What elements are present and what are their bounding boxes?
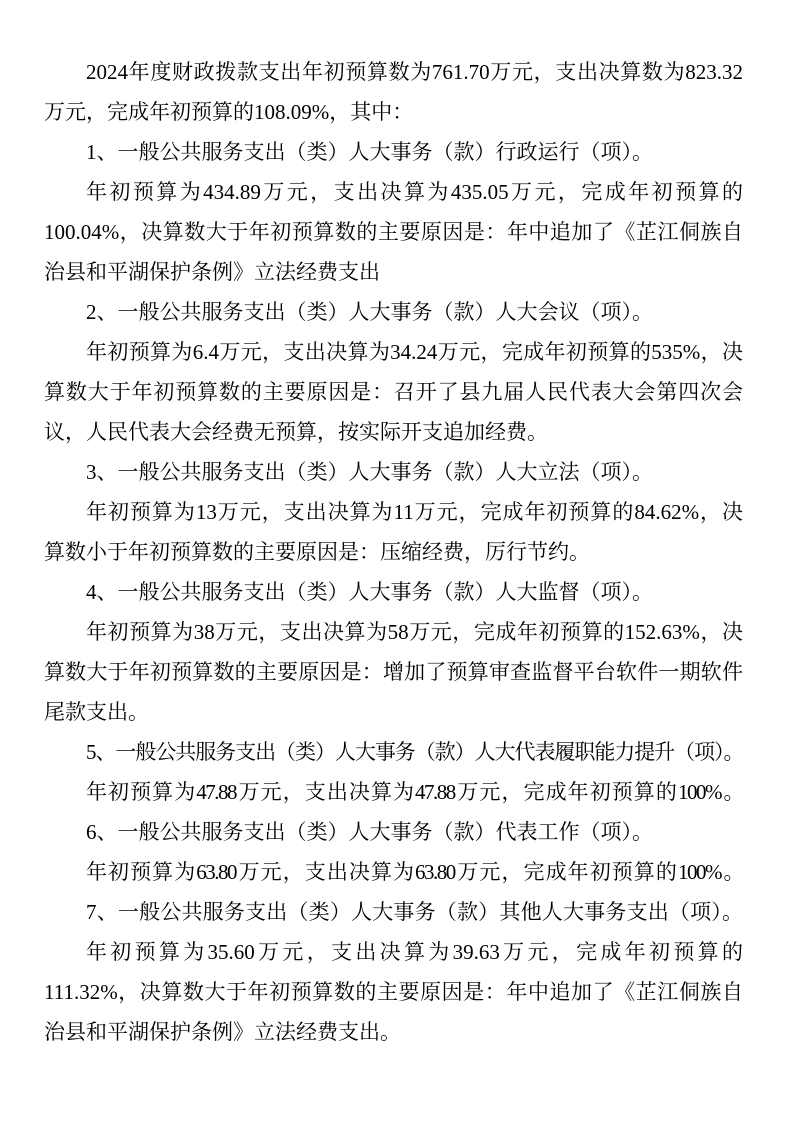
text-line: 111.32%，决算数大于年初预算数的主要原因是：年中追加了《芷江侗族自 bbox=[44, 972, 743, 1012]
text-line: 3、一般公共服务支出（类）人大事务（款）人大立法（项）。 bbox=[44, 452, 743, 492]
text-line: 尾款支出。 bbox=[44, 692, 743, 732]
text-line: 7、一般公共服务支出（类）人大事务（款）其他人大事务支出（项）。 bbox=[44, 892, 743, 932]
text-line: 议，人民代表大会经费无预算，按实际开支追加经费。 bbox=[44, 412, 743, 452]
text-line: 年初预算为434.89万元，支出决算为435.05万元，完成年初预算的 bbox=[44, 172, 743, 212]
text-line: 年初预算为13万元，支出决算为11万元，完成年初预算的84.62%，决 bbox=[44, 492, 743, 532]
text-line: 年初预算为38万元，支出决算为58万元，完成年初预算的152.63%，决 bbox=[44, 612, 743, 652]
text-line: 6、一般公共服务支出（类）人大事务（款）代表工作（项）。 bbox=[44, 812, 743, 852]
document-body: 2024年度财政拨款支出年初预算数为761.70万元，支出决算数为823.32万… bbox=[44, 52, 743, 1052]
text-line: 100.04%，决算数大于年初预算数的主要原因是：年中追加了《芷江侗族自 bbox=[44, 212, 743, 252]
text-line: 年初预算为47.88万元，支出决算为47.88万元，完成年初预算的100%。 bbox=[44, 772, 743, 812]
text-line: 年初预算为63.80万元，支出决算为63.80万元，完成年初预算的100%。 bbox=[44, 852, 743, 892]
text-line: 算数大于年初预算数的主要原因是：召开了县九届人民代表大会第四次会 bbox=[44, 372, 743, 412]
text-line: 算数小于年初预算数的主要原因是：压缩经费，厉行节约。 bbox=[44, 532, 743, 572]
text-line: 万元，完成年初预算的108.09%，其中： bbox=[44, 92, 743, 132]
text-line: 2、一般公共服务支出（类）人大事务（款）人大会议（项）。 bbox=[44, 292, 743, 332]
text-line: 年初预算为35.60万元，支出决算为39.63万元，完成年初预算的 bbox=[44, 932, 743, 972]
text-line: 年初预算为6.4万元，支出决算为34.24万元，完成年初预算的535%，决 bbox=[44, 332, 743, 372]
text-line: 1、一般公共服务支出（类）人大事务（款）行政运行（项）。 bbox=[44, 132, 743, 172]
text-line: 算数大于年初预算数的主要原因是：增加了预算审查监督平台软件一期软件 bbox=[44, 652, 743, 692]
document-page: 2024年度财政拨款支出年初预算数为761.70万元，支出决算数为823.32万… bbox=[0, 0, 793, 1122]
text-line: 治县和平湖保护条例》立法经费支出。 bbox=[44, 1012, 743, 1052]
text-line: 2024年度财政拨款支出年初预算数为761.70万元，支出决算数为823.32 bbox=[44, 52, 743, 92]
text-line: 5、一般公共服务支出（类）人大事务（款）人大代表履职能力提升（项）。 bbox=[44, 732, 743, 772]
text-line: 治县和平湖保护条例》立法经费支出 bbox=[44, 252, 743, 292]
text-line: 4、一般公共服务支出（类）人大事务（款）人大监督（项）。 bbox=[44, 572, 743, 612]
